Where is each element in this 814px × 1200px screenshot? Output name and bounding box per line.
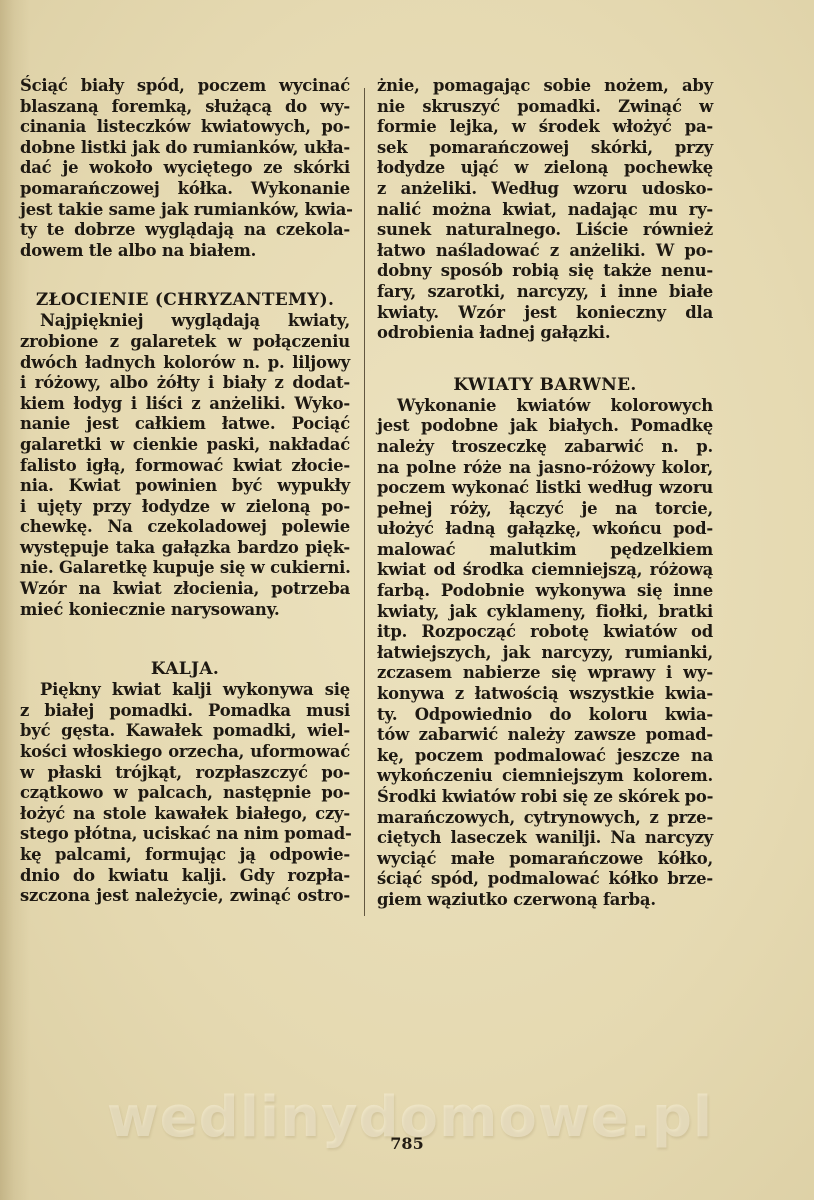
text-line: sek pomarańczowej skórki, przy bbox=[377, 138, 713, 159]
text-line: dnio do kwiatu kalji. Gdy rozpła- bbox=[20, 866, 350, 887]
right-column: żnie, pomagając sobie nożem, aby nie skr… bbox=[377, 76, 713, 911]
text-line: blaszaną foremką, służącą do wy- bbox=[20, 97, 350, 118]
text-line: łatwo naśladować z anżeliki. W po- bbox=[377, 241, 713, 262]
text-line: czątkowo w palcach, następnie po- bbox=[20, 783, 350, 804]
text-line: dać je wokoło wyciętego ze skórki bbox=[20, 158, 350, 179]
text-line: kiem łodyg i liści z anżeliki. Wyko- bbox=[20, 394, 350, 415]
text-line: w płaski trójkąt, rozpłaszczyć po- bbox=[20, 763, 350, 784]
text-line: szczona jest należycie, zwinąć ostro- bbox=[20, 886, 350, 907]
intro-paragraph: Ściąć biały spód, poczem wycinać blaszan… bbox=[20, 76, 350, 261]
text-line: malować malutkim pędzelkiem bbox=[377, 540, 713, 561]
text-line: nanie jest całkiem łatwe. Pociąć bbox=[20, 414, 350, 435]
text-line: chewkę. Na czekoladowej polewie bbox=[20, 517, 350, 538]
text-line: Najpiękniej wyglądają kwiaty, bbox=[20, 311, 350, 332]
spacer bbox=[20, 620, 350, 658]
text-line: pełnej róży, łączyć je na torcie, bbox=[377, 499, 713, 520]
text-line: żnie, pomagając sobie nożem, aby bbox=[377, 76, 713, 97]
text-line: sunek naturalnego. Liście również bbox=[377, 220, 713, 241]
continued-paragraph: żnie, pomagając sobie nożem, aby nie skr… bbox=[377, 76, 713, 344]
section-kwiaty-barwne: KWIATY BARWNE. Wykonanie kwiatów kolorow… bbox=[377, 374, 713, 911]
text-line: wykończeniu ciemniejszym kolorem. bbox=[377, 766, 713, 787]
text-line: farbą. Podobnie wykonywa się inne bbox=[377, 581, 713, 602]
book-page: Ściąć biały spód, poczem wycinać blaszan… bbox=[0, 0, 814, 1200]
text-line: jest takie same jak rumianków, kwia- bbox=[20, 200, 350, 221]
text-line: fary, szarotki, narcyzy, i inne białe bbox=[377, 282, 713, 303]
left-column: Ściąć biały spód, poczem wycinać blaszan… bbox=[20, 76, 350, 907]
text-line: łatwiejszych, jak narcyzy, rumianki, bbox=[377, 643, 713, 664]
text-line: konywa z łatwością wszystkie kwia- bbox=[377, 684, 713, 705]
text-line: pomarańczowej kółka. Wykonanie bbox=[20, 179, 350, 200]
text-line: kości włoskiego orzecha, uformować bbox=[20, 742, 350, 763]
text-line: łodydze ująć w zieloną pochewkę bbox=[377, 158, 713, 179]
text-line: itp. Rozpocząć robotę kwiatów od bbox=[377, 622, 713, 643]
text-line: z anżeliki. Według wzoru udosko- bbox=[377, 179, 713, 200]
text-line: tów zabarwić należy zawsze pomad- bbox=[377, 725, 713, 746]
text-line: nia. Kwiat powinien być wypukły bbox=[20, 476, 350, 497]
text-line: zrobione z galaretek w połączeniu bbox=[20, 332, 350, 353]
text-line: ciętych laseczek wanilji. Na narcyzy bbox=[377, 828, 713, 849]
text-line: nie. Galaretkę kupuje się w cukierni. bbox=[20, 558, 350, 579]
text-line: nie skruszyć pomadki. Zwinąć w bbox=[377, 97, 713, 118]
text-line: odrobienia ładnej gałązki. bbox=[377, 323, 713, 344]
text-line: ty. Odpowiednio do koloru kwia- bbox=[377, 705, 713, 726]
text-line: dwóch ładnych kolorów n. p. liljowy bbox=[20, 353, 350, 374]
text-line: kwiaty, jak cyklameny, fiołki, bratki bbox=[377, 602, 713, 623]
text-line: poczem wykonać listki według wzoru bbox=[377, 478, 713, 499]
section-kalja: KALJA. Piękny kwiat kalji wykonywa się z… bbox=[20, 658, 350, 907]
text-line: na polne róże na jasno-różowy kolor, bbox=[377, 458, 713, 479]
text-line: z białej pomadki. Pomadka musi bbox=[20, 701, 350, 722]
text-line: zczasem nabierze się wprawy i wy- bbox=[377, 663, 713, 684]
text-line: mieć koniecznie narysowany. bbox=[20, 600, 350, 621]
text-line: występuje taka gałązka bardzo pięk- bbox=[20, 538, 350, 559]
text-line: formie lejka, w środek włożyć pa- bbox=[377, 117, 713, 138]
text-line: kwiat od środka ciemniejszą, różową bbox=[377, 560, 713, 581]
text-line: nalić można kwiat, nadając mu ry- bbox=[377, 200, 713, 221]
text-line: wyciąć małe pomarańczowe kółko, bbox=[377, 849, 713, 870]
text-line: Ściąć biały spód, poczem wycinać bbox=[20, 76, 350, 97]
text-line: być gęsta. Kawałek pomadki, wiel- bbox=[20, 721, 350, 742]
text-line: kwiaty. Wzór jest konieczny dla bbox=[377, 303, 713, 324]
page-number: 785 bbox=[0, 1134, 814, 1153]
text-line: cinania listeczków kwiatowych, po- bbox=[20, 117, 350, 138]
section-heading: KWIATY BARWNE. bbox=[377, 374, 713, 396]
text-line: giem wąziutko czerwoną farbą. bbox=[377, 890, 713, 911]
text-line: łożyć na stole kawałek białego, czy- bbox=[20, 804, 350, 825]
text-line: Środki kwiatów robi się ze skórek po- bbox=[377, 787, 713, 808]
spacer bbox=[377, 344, 713, 374]
column-divider bbox=[364, 88, 365, 916]
text-line: marańczowych, cytrynowych, z prze- bbox=[377, 808, 713, 829]
text-line: kę palcami, formując ją odpowie- bbox=[20, 845, 350, 866]
text-line: galaretki w cienkie paski, nakładać bbox=[20, 435, 350, 456]
text-line: ty te dobrze wyglądają na czekola- bbox=[20, 220, 350, 241]
text-line: falisto igłą, formować kwiat złocie- bbox=[20, 456, 350, 477]
section-heading: KALJA. bbox=[20, 658, 350, 680]
section-zlocienie: ZŁOCIENIE (CHRYZANTEMY). Najpiękniej wyg… bbox=[20, 289, 350, 620]
text-line: dobny sposób robią się także nenu- bbox=[377, 261, 713, 282]
spacer bbox=[20, 261, 350, 289]
text-line: Piękny kwiat kalji wykonywa się bbox=[20, 680, 350, 701]
section-heading: ZŁOCIENIE (CHRYZANTEMY). bbox=[20, 289, 350, 311]
text-line: i różowy, albo żółty i biały z dodat- bbox=[20, 373, 350, 394]
text-line: jest podobne jak białych. Pomadkę bbox=[377, 416, 713, 437]
text-line: Wykonanie kwiatów kolorowych bbox=[377, 396, 713, 417]
text-line: kę, poczem podmalować jeszcze na bbox=[377, 746, 713, 767]
text-line: Wzór na kwiat złocienia, potrzeba bbox=[20, 579, 350, 600]
text-line: ułożyć ładną gałązkę, wkońcu pod- bbox=[377, 519, 713, 540]
text-line: i ujęty przy łodydze w zieloną po- bbox=[20, 497, 350, 518]
text-line: dowem tle albo na białem. bbox=[20, 241, 350, 262]
text-line: ściąć spód, podmalować kółko brze- bbox=[377, 869, 713, 890]
text-line: stego płótna, uciskać na nim pomad- bbox=[20, 824, 350, 845]
text-line: dobne listki jak do rumianków, ukła- bbox=[20, 138, 350, 159]
text-line: należy troszeczkę zabarwić n. p. bbox=[377, 437, 713, 458]
